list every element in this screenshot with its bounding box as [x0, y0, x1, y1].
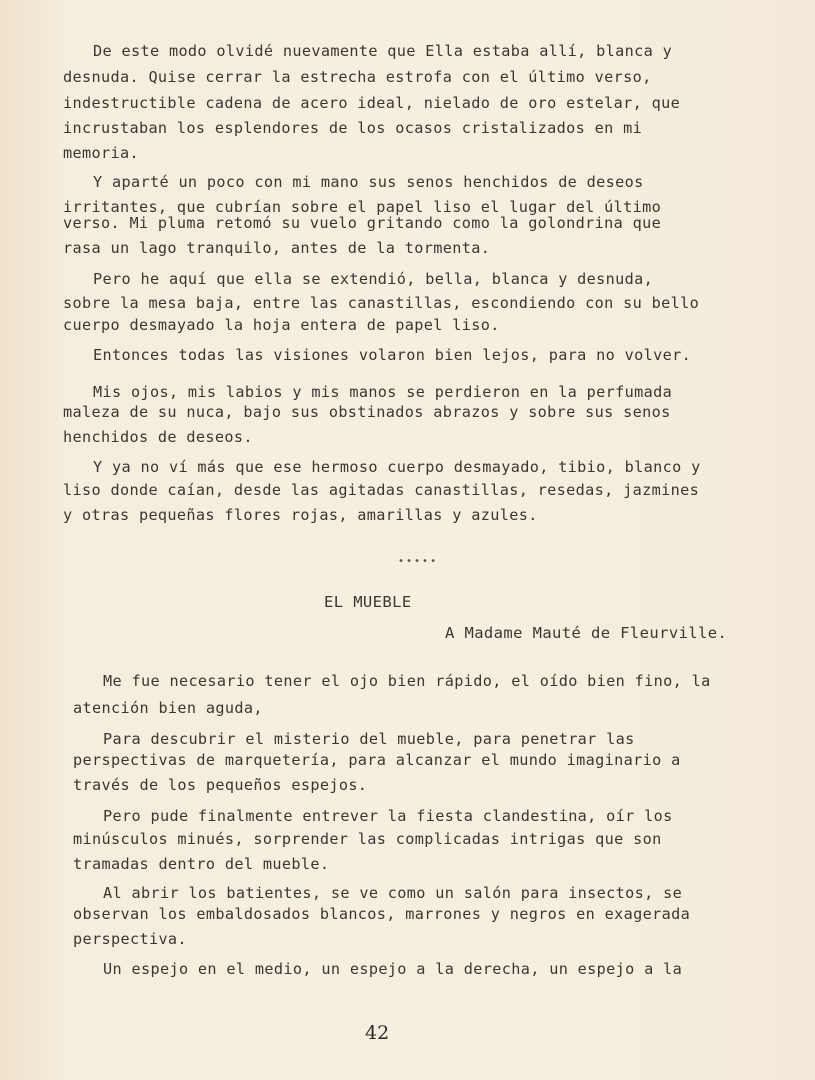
text-line: sobre la mesa baja, entre las canastilla… — [63, 296, 699, 311]
text-line: través de los pequeños espejos. — [73, 778, 367, 793]
dedication: A Madame Mauté de Fleurville. — [445, 624, 727, 642]
text-line: observan los embaldosados blancos, marro… — [73, 907, 690, 922]
section-title: EL MUEBLE — [324, 593, 412, 611]
text-line: cuerpo desmayado la hoja entera de papel… — [63, 318, 500, 333]
section-separator: ••••• — [398, 556, 438, 567]
text-line: De este modo olvidé nuevamente que Ella … — [93, 44, 672, 59]
text-line: Y aparté un poco con mi mano sus senos h… — [93, 175, 644, 190]
text-line: minúsculos minués, sorprender las compli… — [73, 832, 662, 847]
text-line: Un espejo en el medio, un espejo a la de… — [103, 962, 682, 977]
book-page: De este modo olvidé nuevamente que Ella … — [0, 0, 815, 1080]
text-line: henchidos de deseos. — [63, 430, 253, 445]
text-line: verso. Mi pluma retomó su vuelo gritando… — [63, 216, 661, 231]
text-line: Pero he aquí que ella se extendió, bella… — [93, 272, 653, 287]
text-line: Y ya no ví más que ese hermoso cuerpo de… — [93, 460, 701, 475]
text-line: Para descubrir el misterio del mueble, p… — [103, 732, 635, 747]
text-line: Entonces todas las visiones volaron bien… — [93, 348, 691, 363]
text-line: indestructible cadena de acero ideal, ni… — [63, 96, 680, 111]
text-line: perspectivas de marquetería, para alcanz… — [73, 753, 681, 768]
text-line: maleza de su nuca, bajo sus obstinados a… — [63, 405, 671, 420]
text-line: Al abrir los batientes, se ve como un sa… — [103, 886, 682, 901]
page-number: 42 — [365, 1022, 389, 1044]
text-line: rasa un lago tranquilo, antes de la torm… — [63, 241, 490, 256]
text-line: y otras pequeñas flores rojas, amarillas… — [63, 508, 538, 523]
text-line: tramadas dentro del mueble. — [73, 857, 329, 872]
text-line: incrustaban los esplendores de los ocaso… — [63, 121, 642, 136]
text-line: Pero pude finalmente entrever la fiesta … — [103, 809, 673, 824]
text-line: Mis ojos, mis labios y mis manos se perd… — [93, 385, 672, 400]
text-line: atención bien aguda, — [73, 701, 263, 716]
text-line: perspectiva. — [73, 932, 187, 947]
text-line: desnuda. Quise cerrar la estrecha estrof… — [63, 70, 652, 85]
text-line: Me fue necesario tener el ojo bien rápid… — [103, 674, 711, 689]
text-line: liso donde caían, desde las agitadas can… — [63, 483, 699, 498]
text-line: memoria. — [63, 146, 139, 161]
text-line: irritantes, que cubrían sobre el papel l… — [63, 200, 661, 215]
